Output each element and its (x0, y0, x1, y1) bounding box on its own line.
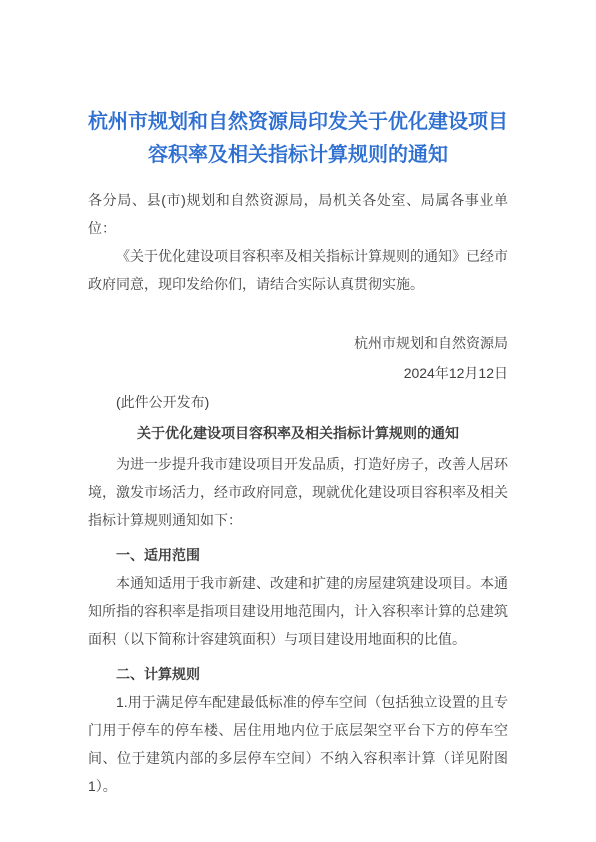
public-release-note: (此件公开发布) (88, 388, 508, 416)
document-title: 杭州市规划和自然资源局印发关于优化建设项目 容积率及相关指标计算规则的通知 (88, 106, 508, 172)
section-2-paragraph: 1.用于满足停车配建最低标准的停车空间（包括独立设置的且专门用于停车的停车楼、居… (88, 688, 508, 800)
issuing-agency: 杭州市规划和自然资源局 (88, 328, 508, 358)
section-1-heading: 一、适用范围 (88, 541, 508, 569)
signature-block: 杭州市规划和自然资源局 2024年12月12日 (88, 328, 508, 388)
issue-date: 2024年12月12日 (88, 358, 508, 388)
document-title-line2: 容积率及相关指标计算规则的通知 (88, 139, 508, 172)
intro-paragraph: 《关于优化建设项目容积率及相关指标计算规则的通知》已经市政府同意，现印发给你们，… (88, 242, 508, 298)
document-title-line1: 杭州市规划和自然资源局印发关于优化建设项目 (88, 106, 508, 139)
section-2-heading: 二、计算规则 (88, 660, 508, 688)
attachment-title: 关于优化建设项目容积率及相关指标计算规则的通知 (88, 418, 508, 448)
document-page: 杭州市规划和自然资源局印发关于优化建设项目 容积率及相关指标计算规则的通知 各分… (0, 0, 596, 842)
preamble-paragraph: 为进一步提升我市建设项目开发品质，打造好房子，改善人居环境，激发市场活力，经市政… (88, 450, 508, 534)
salutation: 各分局、县(市)规划和自然资源局，局机关各处室、局属各事业单位： (88, 186, 508, 242)
section-1-paragraph: 本通知适用于我市新建、改建和扩建的房屋建筑建设项目。本通知所指的容积率是指项目建… (88, 569, 508, 653)
